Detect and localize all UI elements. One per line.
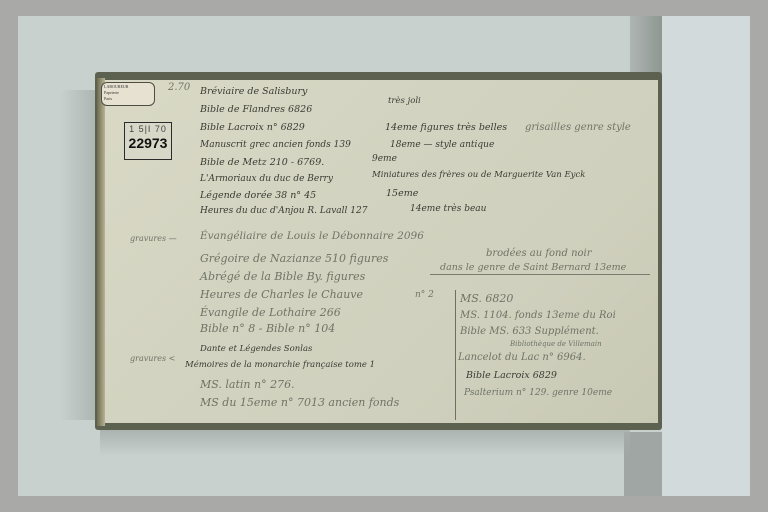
shadow [60, 90, 100, 420]
text-line-note: 18eme — style antique [390, 140, 494, 150]
text-line: Grégoire de Nazianze 510 figures [200, 252, 388, 265]
text-line: Légende dorée 38 n° 45 [200, 190, 316, 201]
right-column-line: Bible MS. 633 Supplément. [460, 326, 599, 337]
text-line: Évangile de Lothaire 266 [200, 306, 341, 319]
text-line: Bible Lacroix n° 6829 [200, 122, 305, 133]
right-column-line: MS. 6820 [460, 292, 513, 305]
mount-right-panel [662, 16, 750, 496]
stamp-number: 22973 [125, 135, 171, 151]
text-line: Mémoires de la monarchie française tome … [185, 360, 375, 370]
text-line: Manuscrit grec ancien fonds 139 [200, 140, 351, 150]
text-line-note: Miniatures des frères ou de Marguerite V… [372, 170, 585, 180]
right-column-line: Bible Lacroix 6829 [466, 370, 557, 381]
text-line: Heures de Charles le Chauve [200, 288, 363, 301]
text-line: MS du 15eme n° 7013 ancien fonds [200, 396, 399, 409]
text-line: Évangéliaire de Louis le Débonnaire 2096 [200, 230, 424, 242]
right-column-line: Bibliothèque de Villemain [510, 340, 602, 348]
text-line: Bible de Metz 210 - 6769. [200, 157, 324, 168]
inventory-stamp: 1 5|I 70 22973 [124, 122, 172, 160]
corner-note: 2.70 [168, 82, 190, 93]
text-line: Bréviaire de Salisbury [200, 86, 307, 97]
text-line-note: grisailles genre style [525, 122, 631, 133]
notebook-spine [97, 78, 105, 426]
margin-note: gravures < [130, 354, 175, 363]
text-line: Bible de Flandres 6826 [200, 104, 312, 115]
right-column-line: Lancelot du Lac n° 6964. [458, 352, 586, 363]
shadow [630, 16, 662, 74]
text-line-note: brodées au fond noir [486, 248, 592, 259]
text-line-note: n° 2 [415, 290, 434, 300]
text-line-note: 9eme [372, 154, 397, 164]
column-divider [455, 290, 456, 420]
shadow [100, 426, 630, 456]
text-line: MS. latin n° 276. [200, 378, 295, 391]
label-line: Paris [104, 96, 152, 102]
text-line: Bible n° 8 - Bible n° 104 [200, 322, 335, 335]
text-line-note: 14eme très beau [410, 204, 486, 214]
text-line: L'Armoriaux du duc de Berry [200, 174, 333, 184]
text-line: Abrégé de la Bible By. figures [200, 270, 365, 283]
stationer-label: LABOUREUR Papeterie Paris [101, 82, 155, 106]
margin-note: gravures — [130, 234, 177, 243]
right-column-line: MS. 1104. fonds 13eme du Roi [460, 310, 616, 321]
text-line-note: très joli [388, 96, 421, 106]
text-line-note: 14eme figures très belles [385, 122, 507, 133]
stamp-code: 1 5|I 70 [125, 123, 171, 135]
right-column-line: Psalterium n° 129. genre 10eme [464, 388, 612, 398]
text-line: Dante et Légendes Sonlas [200, 344, 312, 354]
text-line-note: 15eme [386, 188, 418, 199]
text-line-note: dans le genre de Saint Bernard 13eme [440, 262, 626, 273]
underline-rule [430, 274, 650, 275]
text-line: Heures du duc d'Anjou R. Lavall 127 [200, 206, 367, 216]
